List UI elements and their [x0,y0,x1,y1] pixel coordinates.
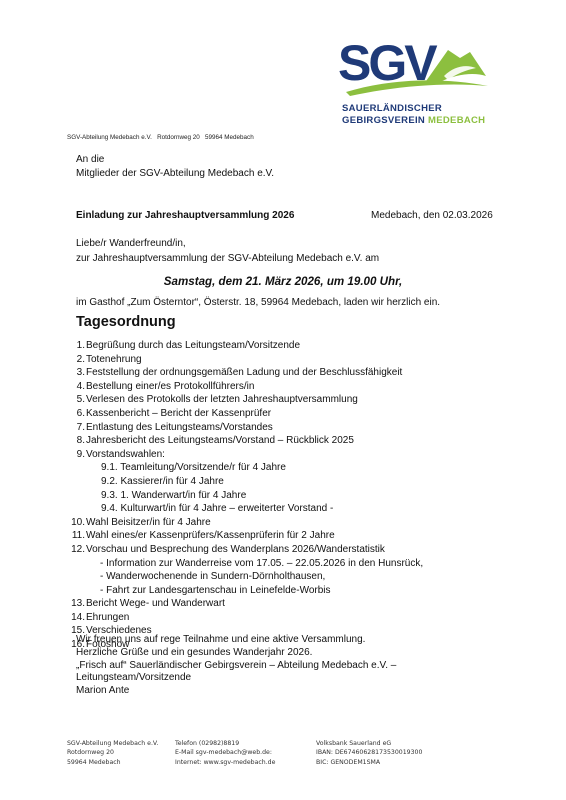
closing-line: Marion Ante [76,685,396,698]
closing-line: „Frisch auf“ Sauerländischer Gebirgsvere… [76,660,396,673]
agenda-item-text: Wahl Beisitzer/in für 4 Jahre [86,516,211,530]
agenda-item: 10.Wahl Beisitzer/in für 4 Jahre [0,516,566,530]
agenda-item-text: Totenehrung [86,353,142,367]
agenda-item: 7.Entlastung des Leitungsteams/Vorstande… [0,421,566,435]
footer-line: 59964 Medebach [67,758,158,767]
agenda-item: 12.Vorschau und Besprechung des Wanderpl… [0,543,566,557]
recipient-line-2: Mitglieder der SGV-Abteilung Medebach e.… [76,167,274,181]
footer-line: SGV-Abteilung Medebach e.V. [67,739,158,748]
agenda-item: 9.1. Teamleitung/Vorsitzende/r für 4 Jah… [0,461,566,475]
agenda-item-text: Entlastung des Leitungsteams/Vorstandes [86,421,273,435]
agenda-item: 9.Vorstandswahlen: [0,448,566,462]
agenda-item: 9.2. Kassierer/in für 4 Jahre [0,475,566,489]
closing-line: Herzliche Grüße und ein gesundes Wanderj… [76,647,396,660]
intro-text: zur Jahreshauptversammlung der SGV-Abtei… [76,252,379,266]
footer-line: Telefon (02982)8819 [175,739,275,748]
agenda-item-text: Verlesen des Protokolls der letzten Jahr… [86,393,358,407]
agenda-item-number: 8. [77,434,85,448]
greeting: Liebe/r Wanderfreund/in, [76,237,186,251]
letter-date: Medebach, den 02.03.2026 [371,210,493,221]
agenda-item: 1.Begrüßung durch das Leitungsteam/Vorsi… [0,339,566,353]
agenda-item: 4.Bestellung einer/es Protokollführers/i… [0,380,566,394]
recipient-block: An die Mitglieder der SGV-Abteilung Mede… [76,153,274,181]
agenda-item-text: 9.3. 1. Wanderwart/in für 4 Jahre [101,489,246,503]
logo-line-2a: GEBIRGSVEREIN [342,115,425,126]
agenda-item-text: Ehrungen [86,611,129,625]
agenda-item-number: 9. [77,448,85,462]
agenda-item-number: 11. [72,529,85,543]
agenda-item-text: 9.2. Kassierer/in für 4 Jahre [101,475,224,489]
footer-line: IBAN: DE67460628173530019300 [316,748,422,757]
agenda-item: 14.Ehrungen [0,611,566,625]
recipient-line-1: An die [76,153,274,167]
logo-line-1: SAUERLÄNDISCHER [342,103,496,115]
agenda-item: 6.Kassenbericht – Bericht der Kassenprüf… [0,407,566,421]
agenda-item: 8.Jahresbericht des Leitungsteams/Vorsta… [0,434,566,448]
agenda-item-text: Jahresbericht des Leitungsteams/Vorstand… [86,434,354,448]
agenda-item: 5.Verlesen des Protokolls der letzten Ja… [0,393,566,407]
agenda-heading: Tagesordnung [76,314,176,330]
footer-line: E-Mail sgv-medebach@web.de: [175,748,275,757]
agenda-item-number: 12. [71,543,85,557]
agenda-item-text: - Fahrt zur Landesgartenschau in Leinefe… [100,584,331,598]
agenda-item-text: - Wanderwochenende in Sundern-Dörnholtha… [100,570,325,584]
agenda-item-number: 2. [77,353,85,367]
agenda-item-number: 14. [71,611,85,625]
agenda-item-number: 10. [71,516,85,530]
agenda-item: 9.4. Kulturwart/in für 4 Jahre – erweite… [0,502,566,516]
letter-subject: Einladung zur Jahreshauptversammlung 202… [76,210,294,221]
agenda-item-number: 1. [77,339,85,353]
agenda-item: - Fahrt zur Landesgartenschau in Leinefe… [0,584,566,598]
agenda-item-text: Bericht Wege- und Wanderwart [86,597,225,611]
location-line: im Gasthof „Zum Österntor“, Österstr. 18… [76,296,440,310]
footer-line: Rotdornweg 20 [67,748,158,757]
agenda-item: 9.3. 1. Wanderwart/in für 4 Jahre [0,489,566,503]
agenda-item: 11.Wahl eines/er Kassenprüfers/Kassenprü… [0,529,566,543]
agenda-item-text: - Information zur Wanderreise vom 17.05.… [100,557,423,571]
agenda-item-text: Bestellung einer/es Protokollführers/in [86,380,254,394]
agenda-item-text: Feststellung der ordnungsgemäßen Ladung … [86,366,402,380]
agenda-item-number: 4. [77,380,85,394]
footer-line: Internet: www.sgv-medebach.de [175,758,275,767]
event-datetime: Samstag, dem 21. März 2026, um 19.00 Uhr… [0,275,566,288]
agenda-item-text: 9.4. Kulturwart/in für 4 Jahre – erweite… [101,502,333,516]
agenda-item-text: Vorstandswahlen: [86,448,165,462]
agenda-item-number: 3. [77,366,85,380]
footer-line: Volksbank Sauerland eG [316,739,422,748]
agenda-item-text: Kassenbericht – Bericht der Kassenprüfer [86,407,271,421]
closing-line: Wir freuen uns auf rege Teilnahme und ei… [76,634,396,647]
agenda-item: 2.Totenehrung [0,353,566,367]
closing-line: Leitungsteam/Vorsitzende [76,672,396,685]
closing-block: Wir freuen uns auf rege Teilnahme und ei… [76,634,396,698]
agenda-item-number: 13. [71,597,85,611]
footer-line: BIC: GENODEM1SMA [316,758,422,767]
agenda-item-number: 6. [77,407,85,421]
footer-address: SGV-Abteilung Medebach e.V.Rotdornweg 20… [67,739,158,767]
agenda-item-text: Vorschau und Besprechung des Wanderplans… [86,543,385,557]
agenda-item: - Information zur Wanderreise vom 17.05.… [0,557,566,571]
sgv-logo: SGV SAUERLÄNDISCHER GEBIRGSVEREIN MEDEBA… [336,36,496,128]
agenda-item-text: Begrüßung durch das Leitungsteam/Vorsitz… [86,339,300,353]
agenda-item: 13.Bericht Wege- und Wanderwart [0,597,566,611]
logo-line-2b: MEDEBACH [428,115,485,126]
agenda-item-text: 9.1. Teamleitung/Vorsitzende/r für 4 Jah… [101,461,286,475]
footer-contact: Telefon (02982)8819E-Mail sgv-medebach@w… [175,739,275,767]
agenda-item-number: 7. [77,421,85,435]
agenda-item: 3.Feststellung der ordnungsgemäßen Ladun… [0,366,566,380]
footer-bank: Volksbank Sauerland eGIBAN: DE6746062817… [316,739,422,767]
sender-address-line: SGV-Abteilung Medebach e.V. Rotdornweg 2… [67,134,254,141]
agenda-item-text: Wahl eines/er Kassenprüfers/Kassenprüfer… [86,529,335,543]
agenda-list: 1.Begrüßung durch das Leitungsteam/Vorsi… [0,339,566,652]
agenda-item-number: 5. [77,393,85,407]
sgv-mountain-logo-icon: SGV [336,36,496,98]
agenda-item: - Wanderwochenende in Sundern-Dörnholtha… [0,570,566,584]
